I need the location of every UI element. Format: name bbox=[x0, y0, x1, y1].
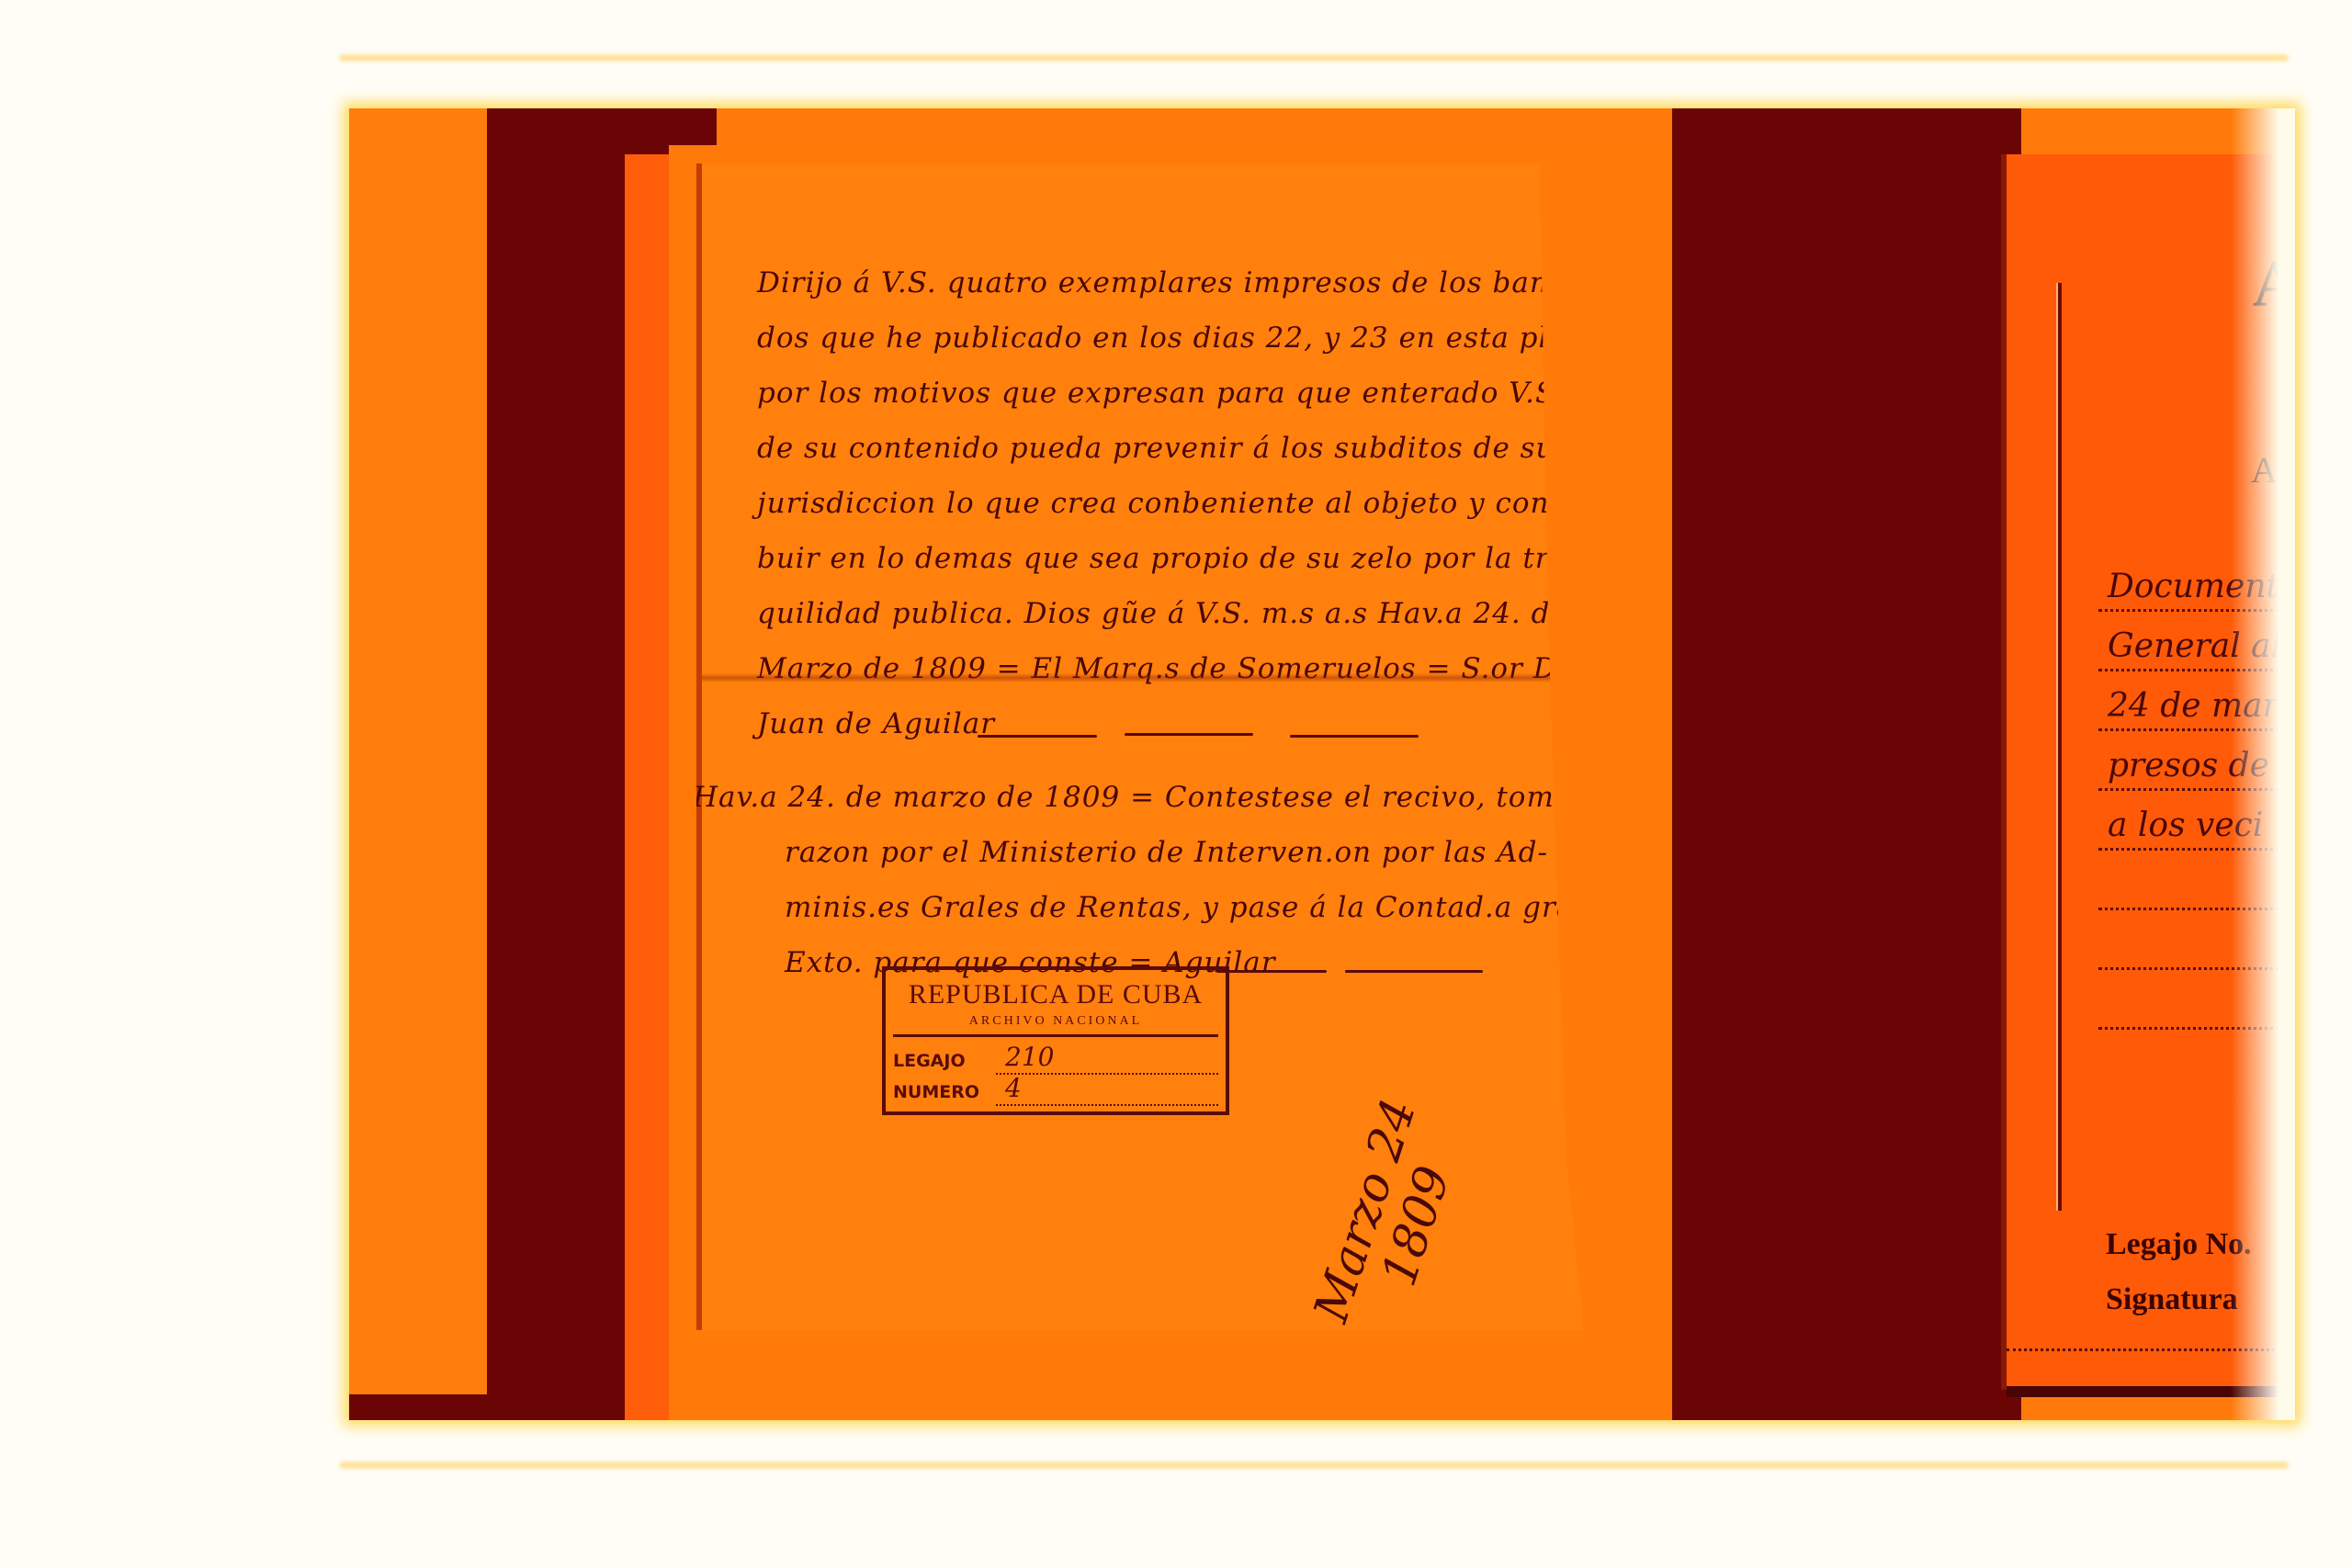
letter-line: Dirijo á V.S. quatro exemplares impresos… bbox=[757, 266, 1559, 299]
stamp-numero-line bbox=[996, 1104, 1218, 1106]
flourish-line bbox=[1216, 970, 1327, 973]
stamp-numero-value: 4 bbox=[1005, 1073, 1022, 1103]
film-edge-fade bbox=[2231, 108, 2295, 1420]
letter-line: por los motivos que expresan para que en… bbox=[757, 377, 1565, 410]
folder-legajo-label: Legajo No. bbox=[2106, 1227, 2252, 1262]
stamp-subtitle: ARCHIVO NACIONAL bbox=[886, 1014, 1226, 1029]
folder-spine-rule bbox=[2056, 283, 2062, 1211]
letter-line: Juan de Aguilar bbox=[757, 707, 995, 740]
stamp-legajo-label: LEGAJO bbox=[893, 1051, 966, 1071]
manuscript-page: Dirijo á V.S. quatro exemplares impresos… bbox=[669, 145, 1672, 1420]
letter-line: de su contenido pueda prevenir á los sub… bbox=[757, 432, 1555, 465]
reply-line: Hav.a 24. de marzo de 1809 = Contestese … bbox=[693, 781, 1605, 814]
letter-line: quilidad publica. Dios gũe á V.S. m.s a.… bbox=[757, 597, 1568, 630]
archive-stamp: REPUBLICA DE CUBA ARCHIVO NACIONAL LEGAJ… bbox=[882, 966, 1229, 1115]
flourish-line bbox=[1345, 970, 1483, 973]
slide-mount-top-edge bbox=[340, 53, 2288, 62]
page-fold bbox=[702, 673, 1621, 682]
folder-signatura-label: Signatura bbox=[2106, 1282, 2238, 1317]
slide-film: Dirijo á V.S. quatro exemplares impresos… bbox=[349, 108, 2295, 1420]
reply-line: minis.es Grales de Rentas, y pase á la C… bbox=[785, 891, 1631, 924]
stamp-numero-label: NUMERO bbox=[893, 1082, 979, 1102]
stamp-title: REPUBLICA DE CUBA bbox=[886, 979, 1226, 1010]
letter-line: jurisdiccion lo que crea conbeniente al … bbox=[757, 487, 1597, 520]
stamp-legajo-line bbox=[996, 1073, 1218, 1075]
flourish-line bbox=[1125, 733, 1253, 736]
flourish-line bbox=[978, 735, 1097, 738]
letter-line: buir en lo demas que sea propio de su ze… bbox=[757, 542, 1598, 575]
dark-background-center bbox=[1672, 108, 2021, 1420]
slide-mount-bottom-edge bbox=[340, 1461, 2288, 1470]
letter-line: dos que he publicado en los dias 22, y 2… bbox=[757, 321, 1600, 355]
stamp-legajo-value: 210 bbox=[1005, 1042, 1054, 1072]
flourish-line bbox=[1290, 735, 1419, 738]
reply-line: razon por el Ministerio de Interven.on p… bbox=[785, 836, 1548, 869]
left-card-edge bbox=[349, 108, 487, 1394]
stamp-divider bbox=[893, 1034, 1218, 1037]
